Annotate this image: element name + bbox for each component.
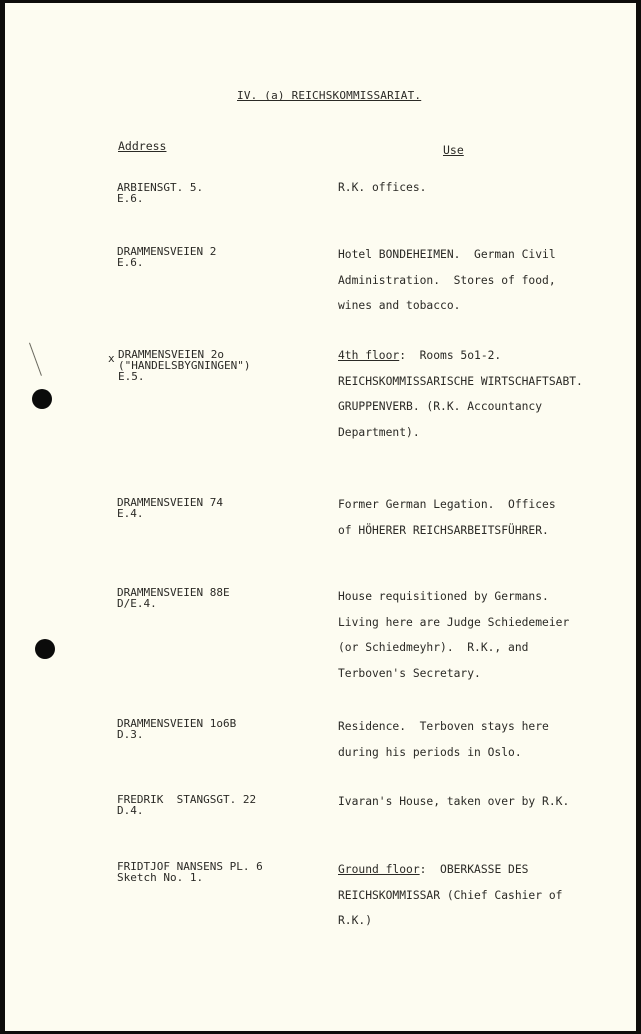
entry-use-text: House requisitioned by Germans. Living h…	[338, 590, 569, 680]
margin-mark: x	[108, 352, 115, 365]
entry-use: Ground floor: OBERKASSE DES REICHSKOMMIS…	[338, 857, 562, 934]
punch-hole	[32, 389, 52, 409]
entry-use-text: Former German Legation. Offices of HÖHER…	[338, 498, 556, 537]
entry-address: ARBIENSGT. 5. E.6.	[117, 182, 203, 204]
entry-use-label: 4th floor	[338, 349, 399, 362]
column-header-use: Use	[443, 143, 464, 157]
entry-use: 4th floor: Rooms 5o1-2. REICHSKOMMISSARI…	[338, 343, 583, 445]
punch-hole	[35, 639, 55, 659]
column-header-address: Address	[118, 139, 166, 153]
entry-use-text: Ivaran's House, taken over by R.K.	[338, 795, 569, 808]
document-page: IV. (a) REICHSKOMMISSARIAT. Address Use …	[5, 3, 636, 1031]
entry-use-text: Hotel BONDEHEIMEN. German Civil Administ…	[338, 248, 556, 312]
pencil-mark	[29, 343, 42, 376]
entry-use-text: R.K. offices.	[338, 181, 426, 194]
entry-use: Residence. Terboven stays here during hi…	[338, 714, 549, 765]
entry-use: Former German Legation. Offices of HÖHER…	[338, 492, 556, 543]
entry-address: FREDRIK STANGSGT. 22 D.4.	[117, 794, 256, 816]
entry-use: R.K. offices.	[338, 175, 426, 201]
section-title: IV. (a) REICHSKOMMISSARIAT.	[237, 89, 421, 102]
entry-use: Hotel BONDEHEIMEN. German Civil Administ…	[338, 242, 556, 319]
entry-address: DRAMMENSVEIEN 74 E.4.	[117, 497, 223, 519]
entry-address: FRIDTJOF NANSENS PL. 6 Sketch No. 1.	[117, 861, 263, 883]
entry-address: DRAMMENSVEIEN 2o ("HANDELSBYGNINGEN") E.…	[118, 349, 250, 382]
entry-use-label: Ground floor	[338, 863, 420, 876]
entry-address: DRAMMENSVEIEN 88E D/E.4.	[117, 587, 230, 609]
entry-use: Ivaran's House, taken over by R.K.	[338, 789, 569, 815]
entry-use: House requisitioned by Germans. Living h…	[338, 584, 569, 686]
entry-use-text: : Rooms 5o1-2. REICHSKOMMISSARISCHE WIRT…	[338, 349, 583, 439]
entry-address: DRAMMENSVEIEN 1o6B D.3.	[117, 718, 236, 740]
entry-use-text: Residence. Terboven stays here during hi…	[338, 720, 549, 759]
entry-address: DRAMMENSVEIEN 2 E.6.	[117, 246, 216, 268]
